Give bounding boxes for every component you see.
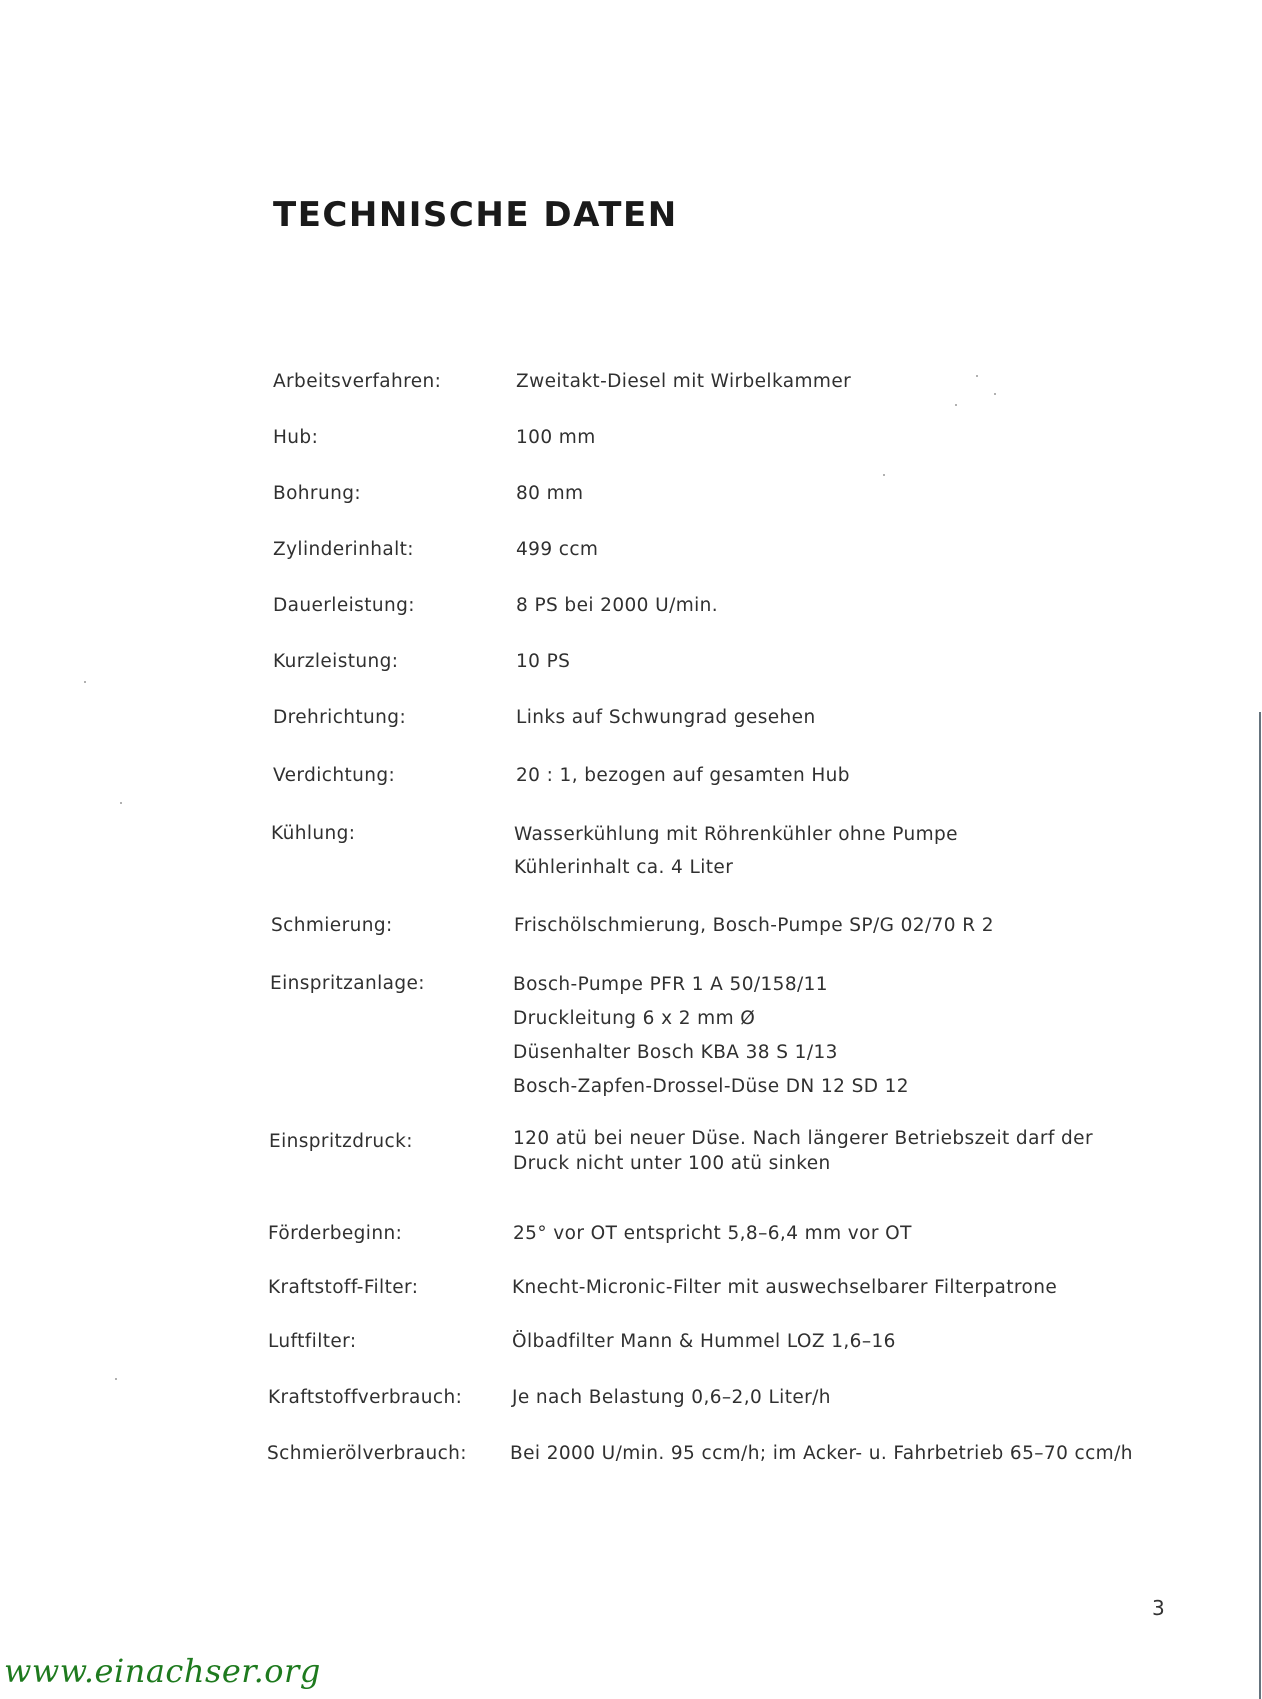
scan-speck [120,802,122,804]
spec-value: 25° vor OT entspricht 5,8–6,4 mm vor OT [513,1218,912,1250]
spec-value-line: 100 mm [516,422,596,454]
spec-value-line: Wasserkühlung mit Röhrenkühler ohne Pump… [514,818,958,851]
spec-value: 10 PS [516,646,570,678]
spec-label: Kraftstoffverbrauch: [268,1382,462,1414]
spec-value-line: Druckleitung 6 x 2 mm Ø [513,1002,909,1036]
page-number: 3 [1152,1596,1165,1620]
spec-value: 100 mm [516,422,596,454]
spec-label: Schmierölverbrauch: [267,1438,467,1470]
spec-label: Bohrung: [273,478,361,510]
scan-speck [115,1378,117,1380]
spec-value-line: 20 : 1, bezogen auf gesamten Hub [516,760,850,792]
spec-value: 499 ccm [516,534,598,566]
spec-value-line: Bosch-Pumpe PFR 1 A 50/158/11 [513,968,909,1002]
spec-value: Wasserkühlung mit Röhrenkühler ohne Pump… [514,818,958,884]
spec-value: Je nach Belastung 0,6–2,0 Liter/h [512,1382,831,1414]
scan-speck [84,681,86,683]
page-title: TECHNISCHE DATEN [273,195,678,235]
spec-value-line: 8 PS bei 2000 U/min. [516,590,718,622]
spec-value: 8 PS bei 2000 U/min. [516,590,718,622]
spec-value-line: 10 PS [516,646,570,678]
spec-label: Dauerleistung: [273,590,415,622]
spec-value: Knecht-Micronic-Filter mit auswechselbar… [512,1272,1057,1304]
spec-value-line: 80 mm [516,478,583,510]
scan-speck [883,474,885,476]
spec-value-line: Druck nicht unter 100 atü sinken [513,1151,1093,1176]
spec-label: Kühlung: [271,818,355,850]
spec-label: Drehrichtung: [273,702,406,734]
spec-value-line: 120 atü bei neuer Düse. Nach längerer Be… [513,1126,1093,1151]
spec-label: Schmierung: [271,910,393,942]
spec-value: Frischölschmierung, Bosch-Pumpe SP/G 02/… [514,910,994,942]
spec-label: Hub: [273,422,318,454]
watermark-link[interactable]: www.einachser.org [4,1652,321,1690]
spec-value: Links auf Schwungrad gesehen [516,702,816,734]
scan-speck [976,375,978,377]
spec-value: 80 mm [516,478,583,510]
spec-label: Arbeitsverfahren: [273,366,441,398]
spec-value-line: 499 ccm [516,534,598,566]
spec-label: Kraftstoff-Filter: [268,1272,418,1304]
spec-value: Ölbadfilter Mann & Hummel LOZ 1,6–16 [512,1326,896,1358]
spec-label: Zylinderinhalt: [273,534,414,566]
spec-value-line: Kühlerinhalt ca. 4 Liter [514,851,958,884]
spec-label: Einspritzanlage: [270,968,425,1000]
scan-speck [955,404,957,406]
spec-value: 120 atü bei neuer Düse. Nach längerer Be… [513,1126,1093,1176]
spec-value: Zweitakt-Diesel mit Wirbelkammer [516,366,851,398]
spec-value-line: Frischölschmierung, Bosch-Pumpe SP/G 02/… [514,910,994,942]
spec-label: Einspritzdruck: [269,1126,413,1158]
scan-edge-line [1259,712,1261,1699]
spec-value-line: Je nach Belastung 0,6–2,0 Liter/h [512,1382,831,1414]
spec-label: Luftfilter: [268,1326,357,1358]
spec-label: Verdichtung: [273,760,395,792]
scan-speck [994,393,996,395]
spec-label: Kurzleistung: [273,646,398,678]
spec-value-line: Bosch-Zapfen-Drossel-Düse DN 12 SD 12 [513,1070,909,1104]
spec-value-line: Zweitakt-Diesel mit Wirbelkammer [516,366,851,398]
spec-value-line: Knecht-Micronic-Filter mit auswechselbar… [512,1272,1057,1304]
spec-value-line: Düsenhalter Bosch KBA 38 S 1/13 [513,1036,909,1070]
spec-value: 20 : 1, bezogen auf gesamten Hub [516,760,850,792]
spec-value-line: Links auf Schwungrad gesehen [516,702,816,734]
spec-value: Bei 2000 U/min. 95 ccm/h; im Acker- u. F… [510,1438,1133,1470]
spec-value-line: Ölbadfilter Mann & Hummel LOZ 1,6–16 [512,1326,896,1358]
spec-value: Bosch-Pumpe PFR 1 A 50/158/11Druckleitun… [513,968,909,1104]
spec-value-line: 25° vor OT entspricht 5,8–6,4 mm vor OT [513,1218,912,1250]
spec-label: Förderbeginn: [268,1218,402,1250]
spec-value-line: Bei 2000 U/min. 95 ccm/h; im Acker- u. F… [510,1438,1133,1470]
